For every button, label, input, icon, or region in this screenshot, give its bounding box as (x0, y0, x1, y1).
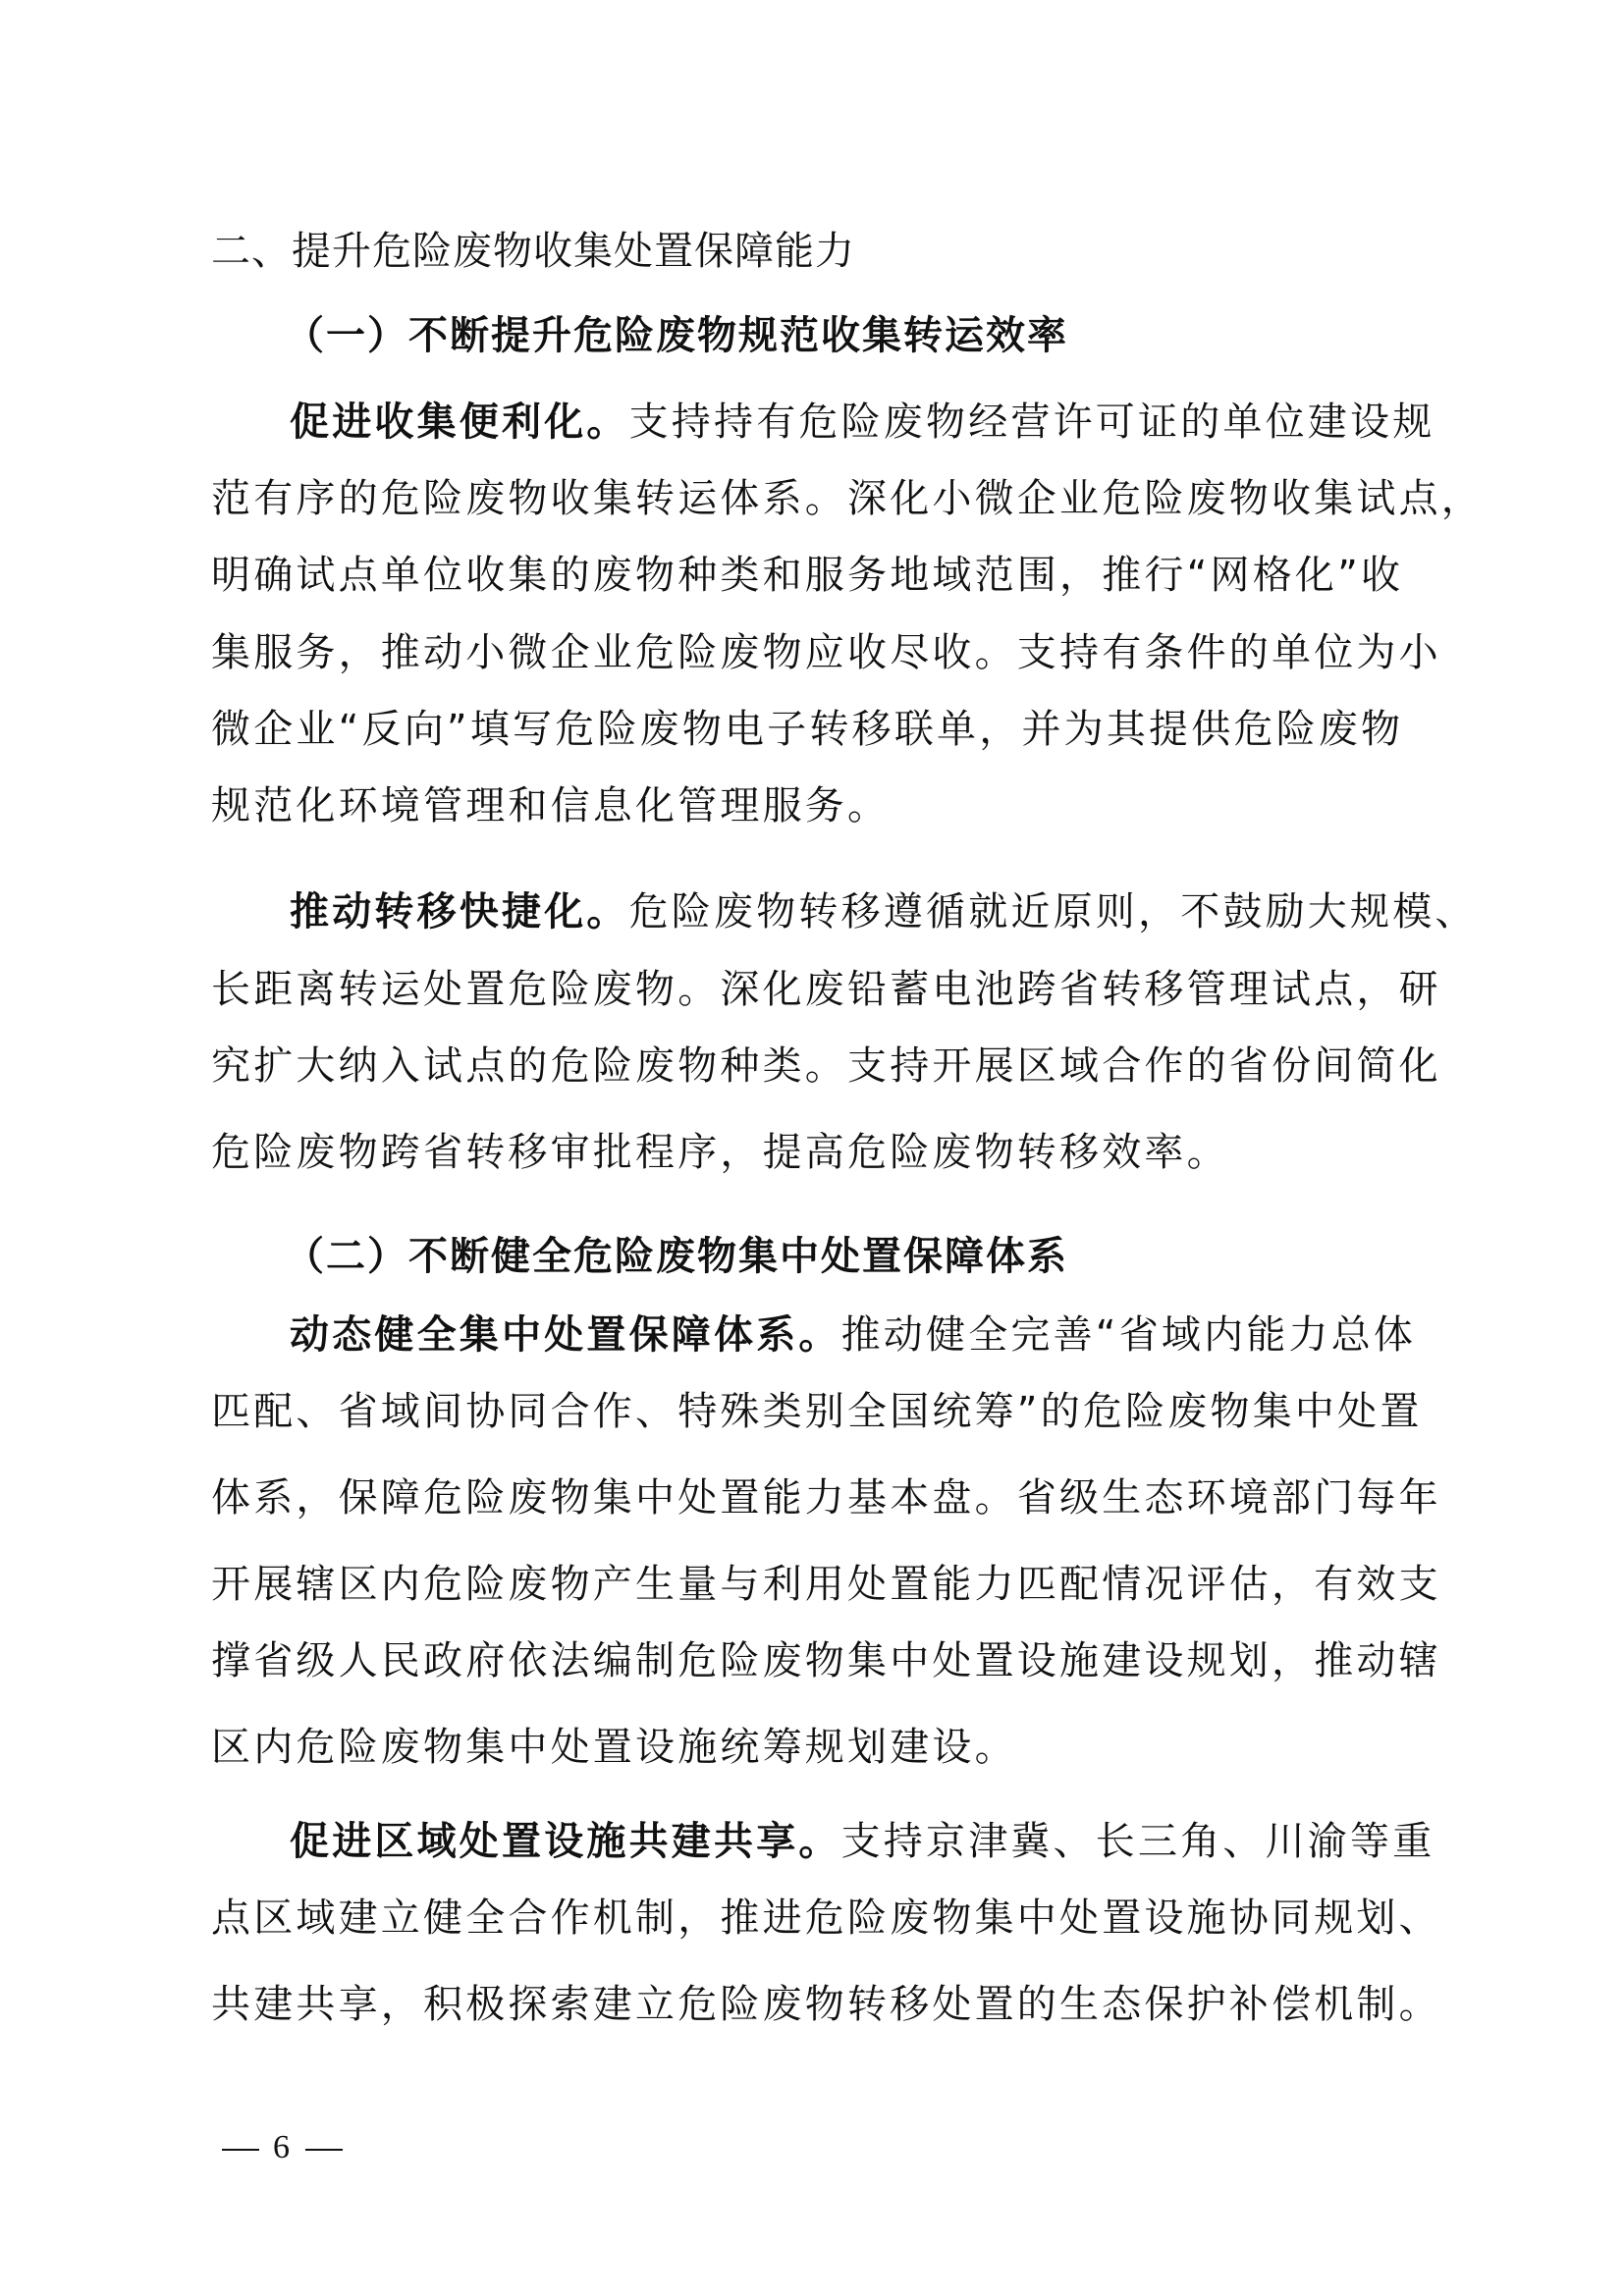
section-heading: 二、提升危险废物收集处置保障能力 (211, 228, 1429, 275)
paragraph-line: 点区域建立健全合作机制，推进危险废物集中处置设施协同规划、 (211, 1895, 1429, 1942)
paragraph-line: 促进区域处置设施共建共享。支持京津冀、长三角、川渝等重 (290, 1818, 1507, 1865)
paragraph-line: 规范化环境管理和信息化管理服务。 (211, 782, 1429, 829)
dash-right (305, 2149, 343, 2151)
paragraph-line: 动态健全集中处置保障体系。推动健全完善“省域内能力总体 (290, 1311, 1507, 1359)
paragraph-text: 危险废物转移遵循就近原则，不鼓励大规模、 (629, 889, 1478, 934)
paragraph-text: 支持持有危险废物经营许可证的单位建设规 (629, 400, 1435, 445)
paragraph-line: 撑省级人民政府依法编制危险废物集中处置设施建设规划，推动辖 (211, 1637, 1429, 1684)
dash-left (222, 2149, 259, 2151)
paragraph-line: 匹配、省域间协同合作、特殊类别全国统筹”的危险废物集中处置 (211, 1388, 1429, 1435)
subsection-heading-1: （一）不断提升危险废物规范收集转运效率 (285, 312, 1502, 359)
paragraph-lead: 推动转移快捷化。 (290, 888, 629, 934)
paragraph-lead: 促进区域处置设施共建共享。 (290, 1818, 841, 1864)
paragraph-line: 区内危险废物集中处置设施统筹规划建设。 (211, 1724, 1429, 1771)
paragraph-text: 推动健全完善“省域内能力总体 (841, 1312, 1417, 1358)
paragraph-line: 体系，保障危险废物集中处置能力基本盘。省级生态环境部门每年 (211, 1474, 1429, 1522)
paragraph-line: 长距离转运处置危险废物。深化废铅蓄电池跨省转移管理试点，研 (211, 966, 1429, 1013)
paragraph-line: 明确试点单位收集的废物种类和服务地域范围，推行“网格化”收 (211, 552, 1429, 599)
paragraph-line: 促进收集便利化。支持持有危险废物经营许可证的单位建设规 (290, 399, 1507, 446)
paragraph-line: 微企业“反向”填写危险废物电子转移联单，并为其提供危险废物 (211, 706, 1429, 753)
paragraph-lead: 动态健全集中处置保障体系。 (290, 1311, 841, 1358)
page-number: 6 (208, 2128, 356, 2167)
paragraph-line: 范有序的危险废物收集转运体系。深化小微企业危险废物收集试点， (211, 475, 1429, 522)
paragraph-line: 危险废物跨省转移审批程序，提高危险废物转移效率。 (211, 1129, 1429, 1176)
paragraph-line: 推动转移快捷化。危险废物转移遵循就近原则，不鼓励大规模、 (290, 888, 1507, 935)
document-page: 二、提升危险废物收集处置保障能力 （一）不断提升危险废物规范收集转运效率 促进收… (0, 0, 1624, 2296)
page-number-value: 6 (273, 2129, 292, 2165)
paragraph-line: 究扩大纳入试点的危险废物种类。支持开展区域合作的省份间简化 (211, 1042, 1429, 1090)
paragraph-line: 集服务，推动小微企业危险废物应收尽收。支持有条件的单位为小 (211, 629, 1429, 676)
subsection-heading-2: （二）不断健全危险废物集中处置保障体系 (285, 1233, 1502, 1280)
paragraph-line: 开展辖区内危险废物产生量与利用处置能力匹配情况评估，有效支 (211, 1561, 1429, 1608)
paragraph-lead: 促进收集便利化。 (290, 399, 629, 445)
paragraph-text: 支持京津冀、长三角、川渝等重 (841, 1819, 1435, 1864)
paragraph-line: 共建共享，积极探索建立危险废物转移处置的生态保护补偿机制。 (211, 1981, 1429, 2028)
